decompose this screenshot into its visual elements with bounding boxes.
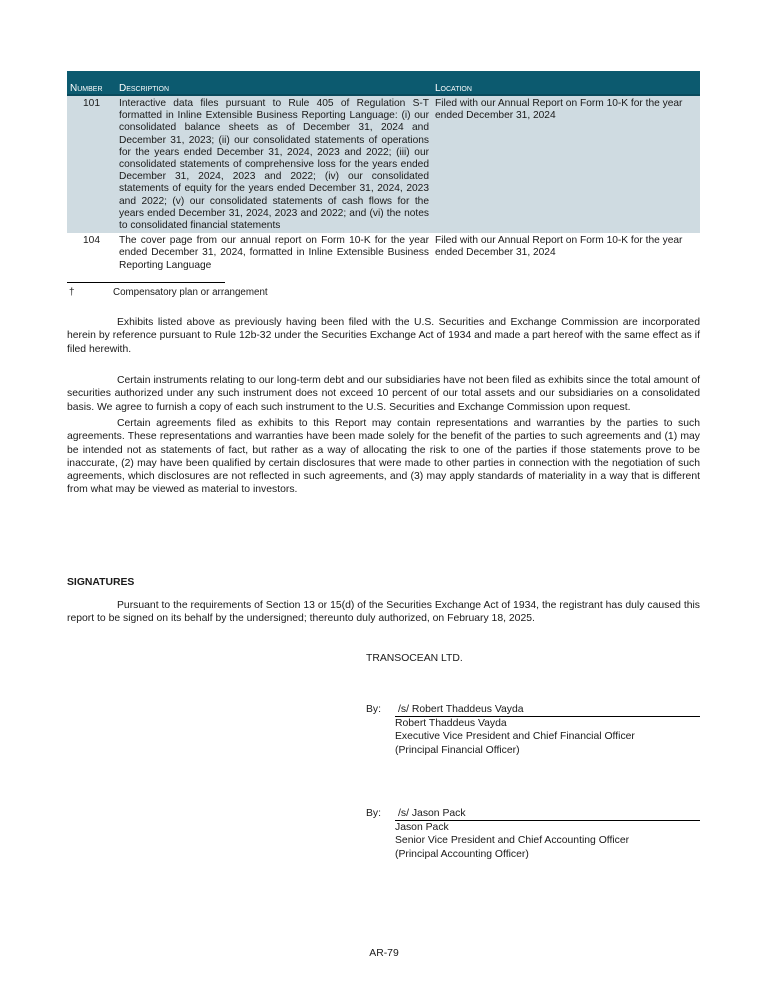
signer-name: Robert Thaddeus Vayda <box>395 717 700 730</box>
document-page: Number Description Location 101 Interact… <box>67 71 700 298</box>
signatures-statement: Pursuant to the requirements of Section … <box>67 599 700 626</box>
table-row: 104 The cover page from our annual repor… <box>67 233 700 273</box>
dagger-mark: † <box>67 287 113 298</box>
signer-name: Jason Pack <box>395 821 700 834</box>
signature-line: /s/ Robert Thaddeus Vayda <box>395 703 700 717</box>
footnote: † Compensatory plan or arrangement <box>67 287 700 298</box>
exhibit-number: 104 <box>67 233 116 273</box>
exhibit-number: 101 <box>67 95 116 233</box>
table-header-row: Number Description Location <box>67 71 700 95</box>
signature-line: /s/ Jason Pack <box>395 807 700 821</box>
exhibit-description: Interactive data files pursuant to Rule … <box>116 95 432 233</box>
signatures-heading: SIGNATURES <box>67 577 134 588</box>
signer-role: (Principal Accounting Officer) <box>395 848 700 861</box>
exhibit-location: Filed with our Annual Report on Form 10-… <box>432 95 700 233</box>
exhibits-table: Number Description Location 101 Interact… <box>67 71 700 273</box>
footnote-divider <box>67 282 225 283</box>
company-name: TRANSOCEAN LTD. <box>366 653 463 664</box>
paragraph-incorporated-exhibits: Exhibits listed above as previously havi… <box>67 316 700 356</box>
paragraph-agreements: Certain agreements filed as exhibits to … <box>67 417 700 497</box>
header-location: Location <box>432 71 700 95</box>
exhibit-description: The cover page from our annual report on… <box>116 233 432 273</box>
footnote-text: Compensatory plan or arrangement <box>113 287 268 298</box>
header-description: Description <box>116 71 432 95</box>
signer-title: Senior Vice President and Chief Accounti… <box>395 834 700 847</box>
signer-title: Executive Vice President and Chief Finan… <box>395 730 700 743</box>
exhibit-location: Filed with our Annual Report on Form 10-… <box>432 233 700 273</box>
paragraph-long-term-debt: Certain instruments relating to our long… <box>67 374 700 414</box>
table-row: 101 Interactive data files pursuant to R… <box>67 95 700 233</box>
signer-role: (Principal Financial Officer) <box>395 744 700 757</box>
signature-block: By: /s/ Robert Thaddeus Vayda Robert Tha… <box>366 703 700 757</box>
by-label: By: <box>366 807 395 821</box>
header-number: Number <box>67 71 116 95</box>
page-number: AR-79 <box>0 948 768 959</box>
signature-block: By: /s/ Jason Pack Jason Pack Senior Vic… <box>366 807 700 861</box>
by-label: By: <box>366 703 395 717</box>
